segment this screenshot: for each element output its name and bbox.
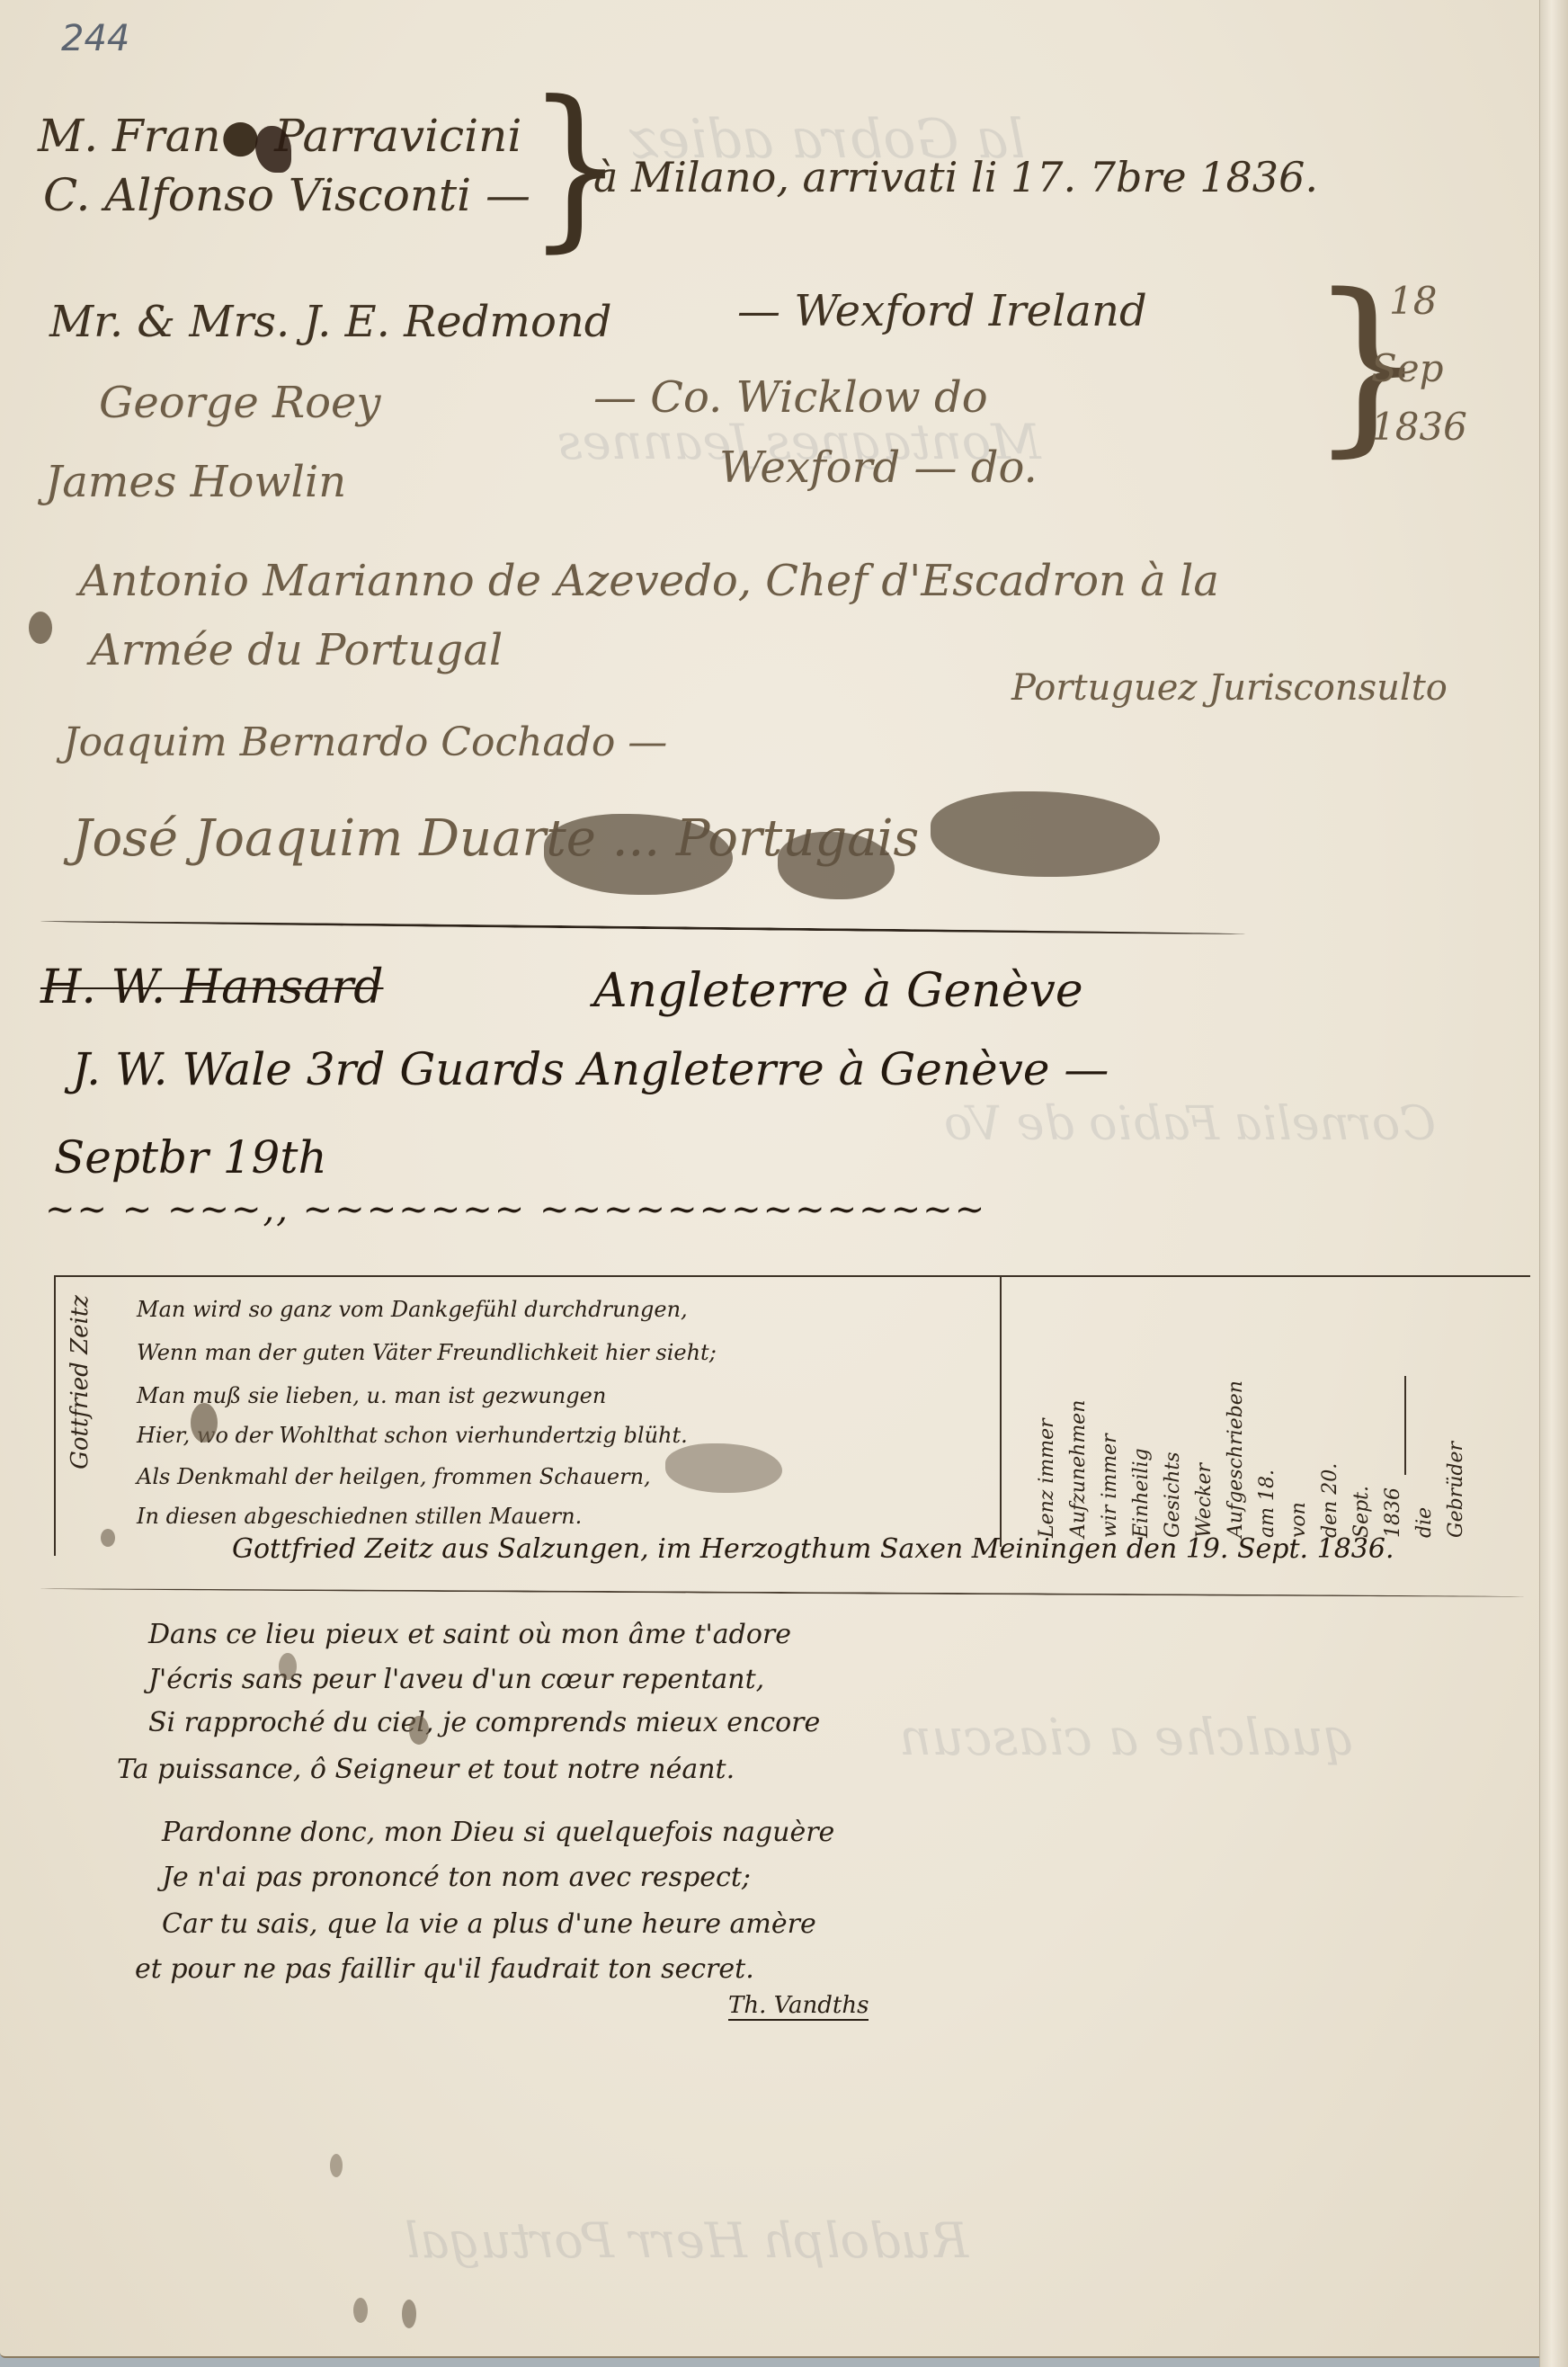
entry-name-line: Joaquim Bernardo Cochado — [63, 719, 667, 765]
verse-line: Man wird so ganz vom Dankgefühl durchdru… [137, 1297, 688, 1322]
entry-name-line: C. Alfonso Visconti — [43, 169, 530, 221]
vertical-note: am 18. [1256, 1286, 1278, 1538]
verse-line: Wenn man der guten Väter Freundlichkeit … [137, 1340, 717, 1365]
vertical-note: die [1413, 1286, 1436, 1538]
vertical-tick [1404, 1376, 1406, 1475]
ink-blot [255, 126, 291, 173]
entry-date-month: Sep [1371, 346, 1444, 390]
ink-blot [191, 1403, 218, 1443]
entry-date-day: 18 [1389, 279, 1437, 323]
ink-blot [402, 2300, 416, 2328]
ink-blot [101, 1529, 115, 1547]
entry-origin: à Milano, arrivati li 17. 7bre 1836. [593, 153, 1318, 201]
poem-line: Pardonne donc, mon Dieu si quelquefois n… [162, 1817, 834, 1848]
vertical-note: wir immer [1099, 1286, 1121, 1538]
verse-line: Als Denkmahl der heilgen, frommen Schaue… [137, 1464, 651, 1489]
bleed-through-text: Cornelia Fabio de Vo [944, 1097, 1436, 1151]
entry-place: — Wexford Ireland [737, 286, 1147, 336]
vertical-note: Aufgeschrieben [1225, 1286, 1247, 1538]
vertical-notes: Lenz immer Aufzunehmen wir immer Einheil… [1036, 1286, 1467, 1538]
vertical-note: von [1287, 1286, 1310, 1538]
register-page: la Gobra adiez Montagnes Jeannes Corneli… [0, 0, 1542, 2358]
entry-date-year: 1836 [1371, 405, 1467, 449]
entry-name-line: Armée du Portugal [90, 625, 503, 675]
poem-line: Si rapproché du ciel, je comprends mieux… [148, 1707, 820, 1738]
bleed-through-text: Rudolph Herr Portugal [405, 2212, 968, 2269]
vertical-note: Sept. [1350, 1286, 1373, 1538]
verse-line: In diesen abgeschiednen stillen Mauern. [137, 1504, 582, 1529]
entry-date: Septbr 19th [54, 1131, 327, 1183]
vertical-note: den 20. [1319, 1286, 1341, 1538]
entry-name-line: Mr. & Mrs. J. E. Redmond [49, 297, 611, 347]
separator-line [40, 1588, 1524, 1598]
entry-place: Wexford — do. [719, 442, 1038, 493]
book-spine-edge [1539, 0, 1568, 2367]
verse-signature: Gottfried Zeitz aus Salzungen, im Herzog… [232, 1533, 1394, 1565]
scribble-line: ~~ ~ ~~~,, ~~~~~~~ ~~~~~~~~~~~~~~ [45, 1189, 986, 1230]
vertical-note: 1836 [1382, 1286, 1404, 1538]
poem-line: Car tu sais, que la vie a plus d'une heu… [162, 1908, 816, 1940]
entry-name-line: Antonio Marianno de Azevedo, Chef d'Esca… [79, 556, 1219, 606]
vertical-note: Wecker [1193, 1286, 1216, 1538]
vertical-note: Einheilig [1130, 1286, 1153, 1538]
vertical-note: Gebrüder [1445, 1286, 1467, 1538]
poem-signature: Th. Vandths [728, 1992, 869, 2021]
entry-name-line: George Roey [99, 378, 381, 428]
entry-place: Angleterre à Genève [593, 964, 1083, 1018]
entry-name-line: J. W. Wale 3rd Guards Angleterre à Genèv… [72, 1043, 1109, 1095]
entry-name-line: James Howlin [45, 457, 346, 507]
german-verse-box: Gottfried Zeitz Lenz immer Aufzunehmen w… [54, 1275, 1530, 1556]
ink-blot [353, 2298, 368, 2323]
ink-blot [29, 612, 52, 644]
separator-line [40, 920, 1245, 935]
bleed-through-text: qualche a ciascun [899, 1709, 1356, 1767]
poem-line: Ta puissance, ô Seigneur et tout notre n… [117, 1754, 735, 1785]
poem-line: Je n'ai pas prononcé ton nom avec respec… [162, 1862, 751, 1893]
vertical-note: Aufzunehmen [1067, 1286, 1090, 1538]
vertical-note: Lenz immer [1036, 1286, 1058, 1538]
poem-line: J'écris sans peur l'aveu d'un cœur repen… [148, 1664, 764, 1695]
page-number: 244 [61, 18, 129, 59]
poem-line: Dans ce lieu pieux et saint où mon âme t… [148, 1619, 791, 1650]
ink-smudge [931, 791, 1160, 877]
ink-blot [409, 1716, 429, 1745]
entry-name-line: H. W. Hansard [40, 960, 384, 1014]
ink-blot [279, 1653, 297, 1680]
poem-line: et pour ne pas faillir qu'il faudrait to… [135, 1953, 754, 1985]
entry-title: Portuguez Jurisconsulto [1011, 667, 1448, 709]
entry-place: — Co. Wicklow do [593, 372, 988, 423]
margin-signature: Gottfried Zeitz [67, 1295, 94, 1469]
vertical-note: Gesichts [1162, 1286, 1184, 1538]
ink-blot [330, 2154, 343, 2177]
verse-line: Hier, wo der Wohlthat schon vierhundertz… [137, 1423, 688, 1448]
verse-box-divider [1000, 1277, 1002, 1547]
